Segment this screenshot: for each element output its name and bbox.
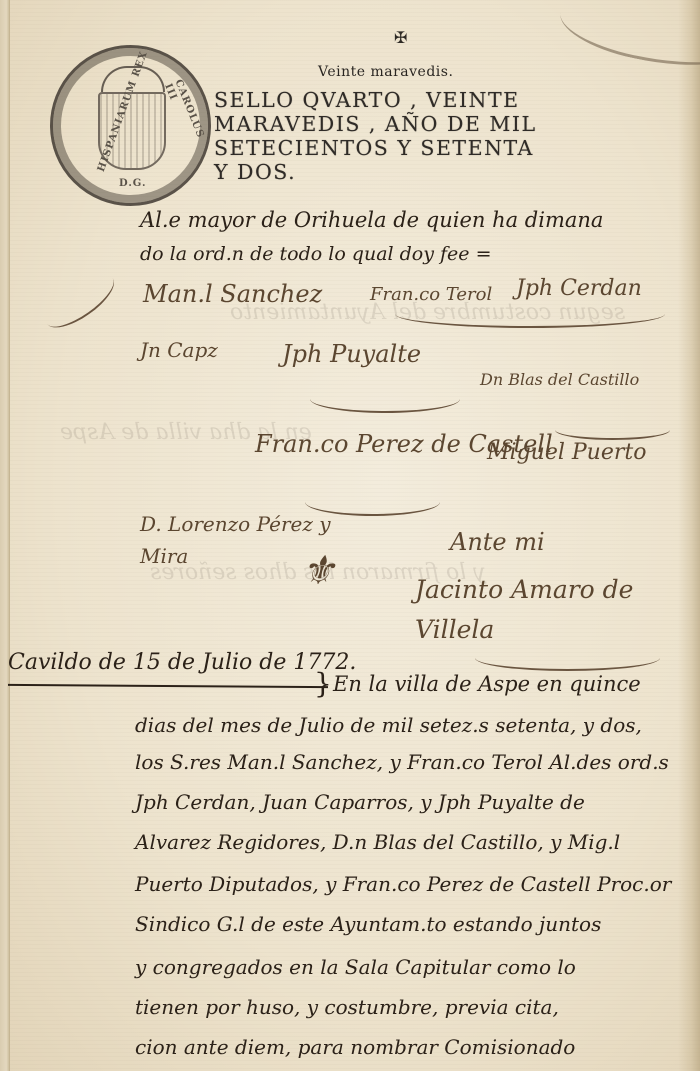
minutes-line: y congregados en la Sala Capitular como …	[135, 955, 576, 979]
notary-rubric: ⚜	[300, 548, 336, 594]
minutes-line: dias del mes de Julio de mil setez.s set…	[135, 713, 642, 737]
minutes-line: cion ante diem, para nombrar Comisionado	[135, 1035, 575, 1059]
page-edge-shadow	[678, 0, 700, 1071]
brace-mark: }	[314, 667, 332, 700]
stamp-header: SELLO QVARTO , VEINTE MARAVEDIS , AÑO DE…	[214, 88, 614, 184]
minutes-line: tienen por huso, y costumbre, previa cit…	[135, 995, 559, 1019]
signature: Miguel Puerto	[487, 440, 646, 465]
signature: Jph Puyalte	[282, 340, 421, 368]
minutes-line: Puerto Diputados, y Fran.co Perez de Cas…	[135, 872, 671, 896]
signature: Dn Blas del Castillo	[480, 370, 639, 389]
signature: Jn Capz	[140, 338, 218, 362]
minutes-line: Alvarez Regidores, D.n Blas del Castillo…	[135, 830, 620, 854]
heading-underline	[8, 684, 328, 688]
notary-signature: Jacinto Amaro de Villela	[415, 570, 645, 650]
signature-flourish	[475, 645, 660, 671]
preceding-text-line: Al.e mayor de Orihuela de quien ha diman…	[140, 208, 603, 232]
signature: Jph Cerdan	[516, 276, 642, 301]
stamp-header-line: Y DOS.	[214, 160, 614, 184]
notary-attestation: Ante mi	[450, 528, 545, 556]
seal-legend-right: CAROLUS III	[162, 78, 206, 144]
cross-icon: ✠	[394, 28, 407, 47]
stamp-denomination: Veinte maravedis.	[318, 64, 453, 80]
minutes-line: En la villa de Aspe en quince	[333, 672, 641, 696]
binding-edge	[0, 0, 10, 1071]
minutes-marginal-heading: Cavildo de 15 de Julio de 1772.	[8, 650, 356, 675]
stamp-header-line: SELLO QVARTO , VEINTE	[214, 88, 614, 112]
royal-seal-stamp: HISPANIARUM REX CAROLUS III D.G.	[50, 45, 211, 206]
signature-flourish	[555, 420, 670, 440]
stamp-header-line: MARAVEDIS , AÑO DE MIL	[214, 112, 614, 136]
margin-rubric-flourish	[38, 265, 122, 337]
signature: Man.l Sanchez	[143, 280, 322, 308]
minutes-line: Jph Cerdan, Juan Caparros, y Jph Puyalte…	[135, 790, 585, 814]
signature-flourish	[310, 385, 460, 413]
signature-flourish	[395, 300, 665, 328]
seal-legend-bottom: D.G.	[119, 178, 146, 189]
stamp-header-line: SETECIENTOS Y SETENTA	[214, 136, 614, 160]
minutes-line: Sindico G.l de este Ayuntam.to estando j…	[135, 912, 601, 936]
manuscript-page: segun costumbre del Ayuntamiento en la d…	[0, 0, 700, 1071]
preceding-text-line: do la ord.n de todo lo qual doy fee =	[140, 243, 492, 265]
minutes-line: los S.res Man.l Sanchez, y Fran.co Terol…	[135, 750, 669, 774]
